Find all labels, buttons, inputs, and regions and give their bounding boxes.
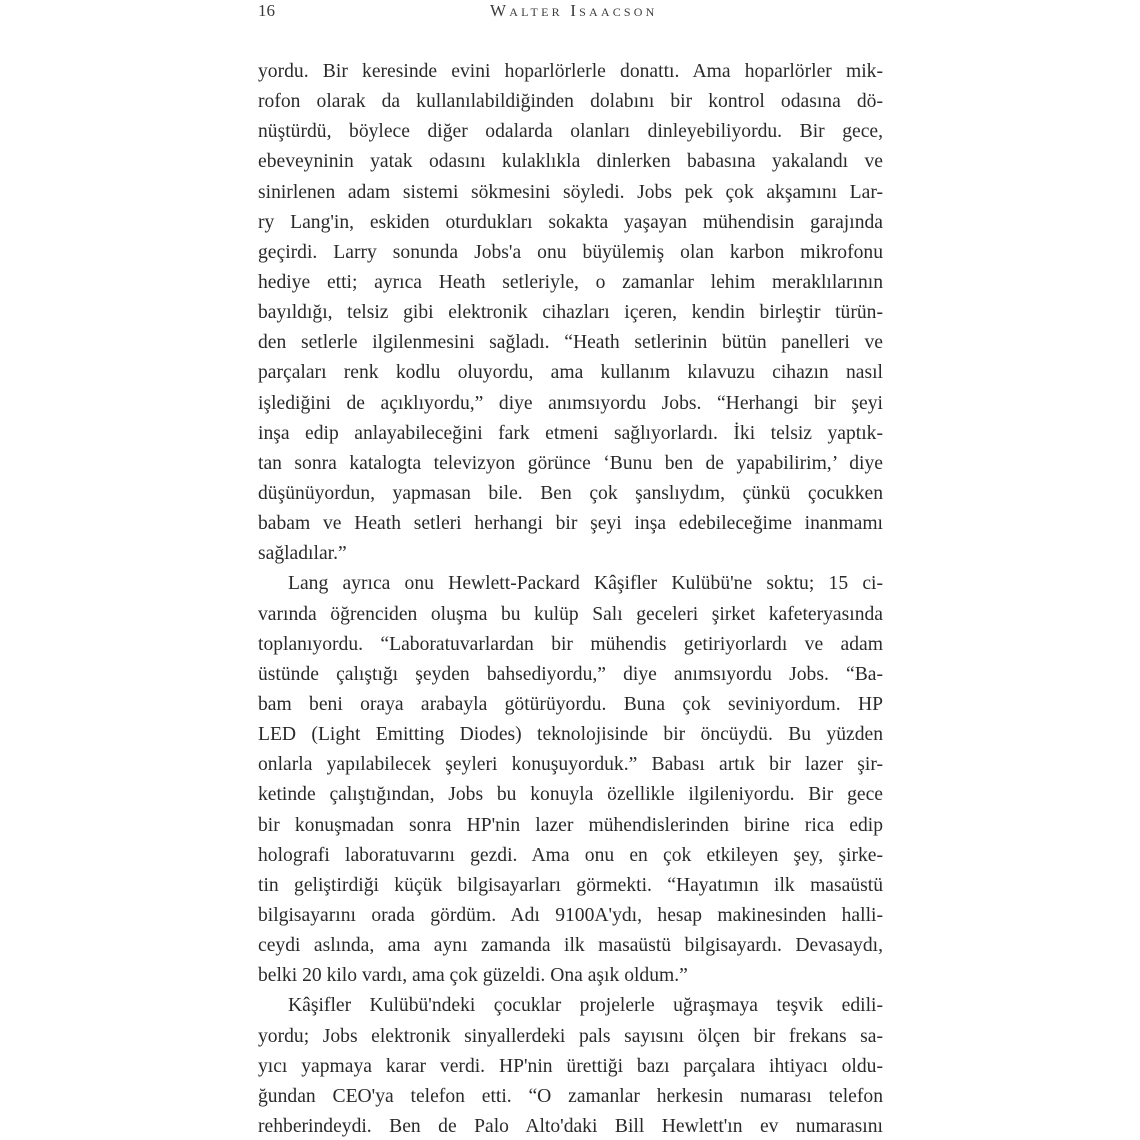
- running-head: 16 Walter Isaacson: [258, 0, 882, 26]
- text-line: babam ve Heath setleri herhangi bir şeyi…: [258, 509, 883, 539]
- text-line: inşa edip anlayabileceğini fark etmeni s…: [258, 419, 883, 449]
- text-line: tan sonra katalogta televizyon görünce ‘…: [258, 449, 883, 479]
- text-line: ceydi aslında, ama aynı zamanda ilk masa…: [258, 931, 883, 961]
- body-text: yordu. Bir keresinde evini hoparlörlerle…: [258, 57, 883, 1140]
- text-line: rofon olarak da kullanılabildiğinden dol…: [258, 87, 883, 117]
- text-line: rehberindeydi. Ben de Palo Alto'daki Bil…: [258, 1112, 883, 1140]
- text-line: ebeveyninin yatak odasını kulaklıkla din…: [258, 147, 883, 177]
- text-line: nüştürdü, böylece diğer odalarda olanlar…: [258, 117, 883, 147]
- text-line: ketinde çalıştığından, Jobs bu konuyla ö…: [258, 780, 883, 810]
- paragraph-end-line: belki 20 kilo vardı, ama çok güzeldi. On…: [258, 961, 883, 991]
- text-line: onlarla yapılabilecek şeyleri konuşuyord…: [258, 750, 883, 780]
- text-line: holografi laboratuvarını gezdi. Ama onu …: [258, 841, 883, 871]
- text-line: yıcı yapmaya karar verdi. HP'nin ürettiğ…: [258, 1052, 883, 1082]
- paragraph-start-line: Kâşifler Kulübü'ndeki çocuklar projelerl…: [258, 991, 883, 1021]
- book-page: 16 Walter Isaacson yordu. Bir keresinde …: [0, 0, 1140, 1140]
- text-line: ry Lang'in, eskiden oturdukları sokakta …: [258, 208, 883, 238]
- text-line: düşünüyordun, yapmasan bile. Ben çok şan…: [258, 479, 883, 509]
- text-line: LED (Light Emitting Diodes) teknolojisin…: [258, 720, 883, 750]
- text-line: geçirdi. Larry sonunda Jobs'a onu büyüle…: [258, 238, 883, 268]
- text-line: hediye etti; ayrıca Heath setleriyle, o …: [258, 268, 883, 298]
- text-line: bayıldığı, telsiz gibi elektronik cihazl…: [258, 298, 883, 328]
- text-line: bilgisayarını orada gördüm. Adı 9100A'yd…: [258, 901, 883, 931]
- text-line: varında öğrenciden oluşma bu kulüp Salı …: [258, 600, 883, 630]
- text-line: işlediğini de açıklıyordu,” diye anımsıy…: [258, 389, 883, 419]
- text-line: yordu. Bir keresinde evini hoparlörlerle…: [258, 57, 883, 87]
- text-line: bam beni oraya arabayla götürüyordu. Bun…: [258, 690, 883, 720]
- text-line: tin geliştirdiği küçük bilgisayarları gö…: [258, 871, 883, 901]
- text-line: den setlerle ilgilenmesini sağladı. “Hea…: [258, 328, 883, 358]
- text-line: toplanıyordu. “Laboratuvarlardan bir müh…: [258, 630, 883, 660]
- text-line: ğundan CEO'ya telefon etti. “O zamanlar …: [258, 1082, 883, 1112]
- text-line: sinirlenen adam sistemi sökmesini söyled…: [258, 178, 883, 208]
- paragraph-end-line: sağladılar.”: [258, 539, 883, 569]
- paragraph-start-line: Lang ayrıca onu Hewlett-Packard Kâşifler…: [258, 569, 883, 599]
- text-line: üstünde çalıştığı şeyden bahsediyordu,” …: [258, 660, 883, 690]
- text-line: parçaları renk kodlu oluyordu, ama kulla…: [258, 358, 883, 388]
- page-number: 16: [258, 1, 275, 21]
- text-line: yordu; Jobs elektronik sinyallerdeki pal…: [258, 1022, 883, 1052]
- running-head-author: Walter Isaacson: [490, 1, 658, 21]
- text-line: bir konuşmadan sonra HP'nin lazer mühend…: [258, 811, 883, 841]
